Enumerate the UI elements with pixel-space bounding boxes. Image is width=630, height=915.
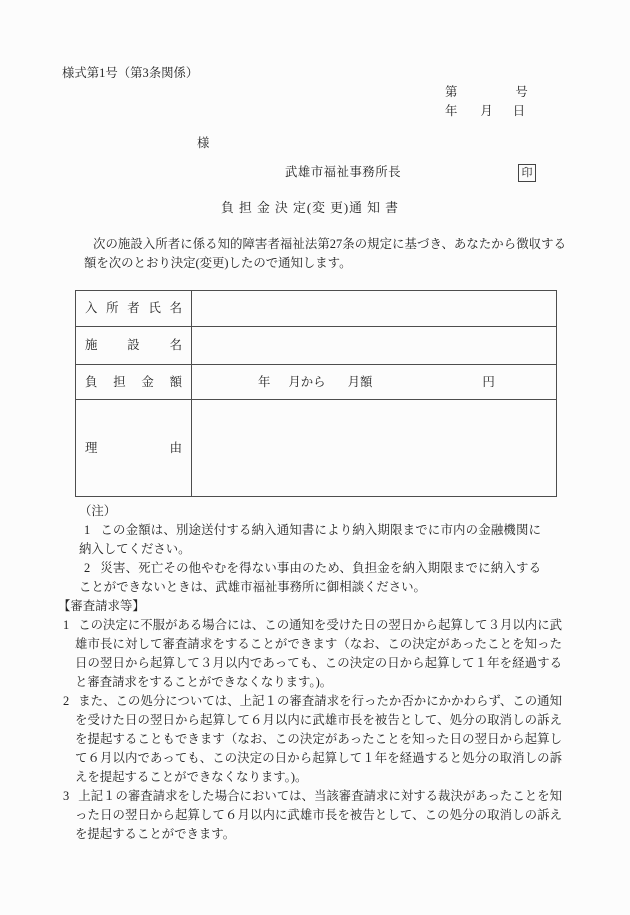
appeal-item-text: この決定に不服がある場合には、この通知を受けた日の翌日から起算して３月以内に武雄…: [75, 618, 562, 689]
table-row-amount: 負担金額 年月から月額円: [76, 365, 557, 400]
amount-year-label: 年: [258, 373, 270, 392]
appeal-item-text: 上記１の審査請求をした場合においては、当該審査請求に対する裁決があったことを知っ…: [75, 789, 562, 841]
appeal-item: 1この決定に不服がある場合には、この通知を受けた日の翌日から起算して３月以内に武…: [75, 616, 562, 692]
resident-name-value-cell: [192, 291, 557, 327]
table-row-facility: 施設名: [76, 327, 557, 365]
note-item-text: 災害、死亡その他やむを得ない事由のため、負担金を納入期限までに納入することができ…: [79, 561, 541, 594]
appeal-item-text: また、この処分については、上記１の審査請求を行ったか否かにかかわらず、この通知を…: [75, 694, 562, 784]
date-year-label: 年: [445, 102, 457, 121]
amount-value-cell: 年月から月額円: [192, 365, 557, 400]
seal-box: 印: [518, 164, 536, 182]
appeal-heading: 【審査請求等】: [58, 597, 590, 616]
note-item-number: 1: [84, 523, 90, 537]
appeal-item-number: 3: [63, 789, 69, 803]
amount-yen-label: 円: [482, 373, 494, 392]
notice-table: 入所者氏名 施設名 負担金額 年月から月額円 理由: [75, 290, 557, 497]
note-item: 2災害、死亡その他やむを得ない事由のため、負担金を納入期限までに納入することがで…: [79, 559, 541, 597]
document-number-line: 第号: [445, 83, 590, 102]
doc-number-suffix: 号: [515, 83, 527, 102]
document-title: 負 担 金 決 定(変 更)通 知 書: [62, 199, 558, 218]
date-line: 年月日: [445, 102, 590, 121]
addressee-line: 様: [62, 134, 590, 153]
intro-paragraph: 次の施設入所者に係る知的障害者福祉法第27条の規定に基づき、あなたから徴収する額…: [84, 235, 566, 273]
table-row-reason: 理由: [76, 400, 557, 497]
appeal-item: 2また、この処分については、上記１の審査請求を行ったか否かにかかわらず、この通知…: [75, 692, 562, 787]
facility-label: 施設名: [76, 327, 192, 365]
date-day-label: 日: [513, 102, 525, 121]
appeal-item-number: 2: [63, 694, 69, 708]
form-id: 様式第1号（第3条関係）: [62, 64, 590, 83]
facility-value-cell: [192, 327, 557, 365]
appeal-item: 3上記１の審査請求をした場合においては、当該審査請求に対する裁決があったことを知…: [75, 787, 562, 844]
issuer-line: 武雄市福祉事務所長 印: [62, 163, 590, 182]
amount-from-label: 月から: [288, 373, 325, 392]
note-item-number: 2: [84, 561, 90, 575]
note-item-text: この金額は、別途送付する納入通知書により納入期限までに市内の金融機関に納入してく…: [79, 523, 541, 556]
appeal-list: 1この決定に不服がある場合には、この通知を受けた日の翌日から起算して３月以内に武…: [75, 616, 562, 844]
resident-name-label: 入所者氏名: [76, 291, 192, 327]
doc-number-prefix: 第: [445, 83, 457, 102]
document-page: 様式第1号（第3条関係） 第号 年月日 様 武雄市福祉事務所長 印 負 担 金 …: [0, 0, 630, 915]
amount-label: 負担金額: [76, 365, 192, 400]
table-row-resident-name: 入所者氏名: [76, 291, 557, 327]
addressee-suffix: 様: [197, 136, 209, 150]
notes-heading: （注）: [79, 502, 541, 521]
appeal-item-number: 1: [63, 618, 69, 632]
note-item: 1この金額は、別途送付する納入通知書により納入期限までに市内の金融機関に納入して…: [79, 521, 541, 559]
document-number-block: 第号 年月日: [445, 83, 590, 121]
reason-value-cell: [192, 400, 557, 497]
notes-list: 1この金額は、別途送付する納入通知書により納入期限までに市内の金融機関に納入して…: [79, 521, 541, 597]
amount-monthly-label: 月額: [348, 373, 373, 392]
date-month-label: 月: [480, 102, 492, 121]
issuer-title: 武雄市福祉事務所長: [285, 165, 401, 179]
notes-section: （注） 1この金額は、別途送付する納入通知書により納入期限までに市内の金融機関に…: [79, 502, 541, 597]
reason-label: 理由: [76, 400, 192, 497]
